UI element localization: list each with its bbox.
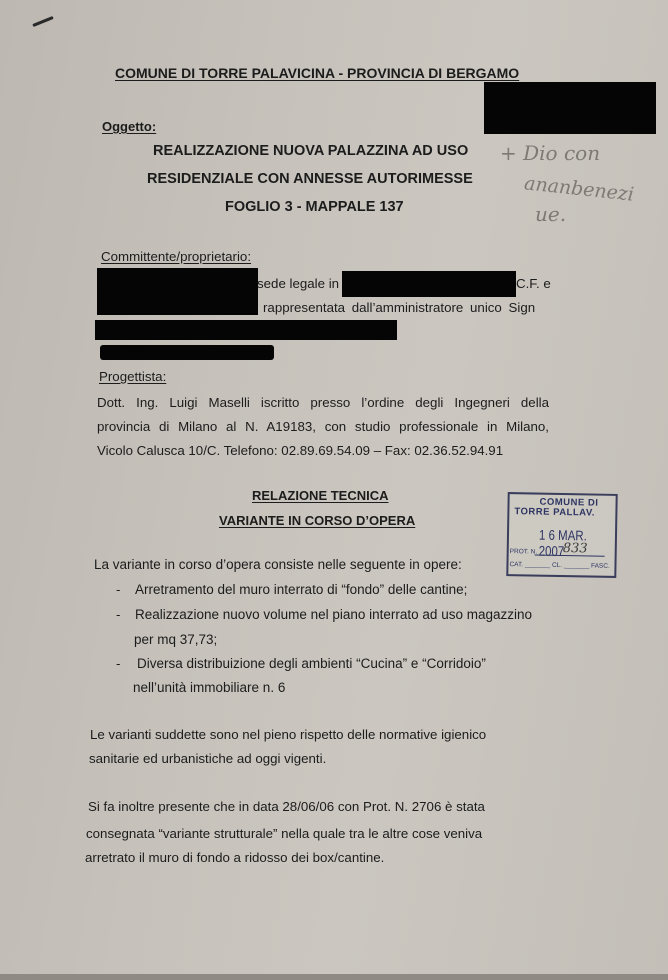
handwritten-note-line-1: + Dio con — [500, 141, 600, 165]
bullet-marker: - — [116, 582, 120, 597]
report-subtitle: VARIANTE IN CORSO D’OPERA — [219, 513, 415, 528]
oggetto-line-3: FOGLIO 3 - MAPPALE 137 — [225, 199, 404, 215]
document-header: COMUNE DI TORRE PALAVICINA - PROVINCIA D… — [115, 65, 519, 81]
paragraph-2-line-2: consegnata “variante strutturale” nella … — [86, 826, 482, 841]
progettista-label: Progettista: — [99, 369, 166, 384]
bullet-text: Arretramento del muro interrato di “fond… — [135, 582, 467, 597]
handwritten-note-line-3: ue. — [535, 202, 566, 226]
oggetto-line-2: RESIDENZIALE CON ANNESSE AUTORIMESSE — [147, 171, 473, 187]
committente-rappresentata: rappresentata dall’amministratore unico … — [263, 300, 535, 315]
progettista-line-3: Vicolo Calusca 10/C. Telefono: 02.89.69.… — [97, 443, 503, 458]
redaction-block — [95, 320, 397, 340]
oggetto-line-1: REALIZZAZIONE NUOVA PALAZZINA AD USO — [153, 143, 468, 159]
progettista-line-1: Dott. Ing. Luigi Maselli iscritto presso… — [97, 395, 549, 410]
redaction-block — [342, 271, 516, 297]
oggetto-label: Oggetto: — [102, 119, 156, 134]
intro-text: La variante in corso d’opera consiste ne… — [94, 557, 462, 572]
bullet-marker: - — [116, 607, 120, 622]
bullet-text-continued: nell’unità immobiliare n. 6 — [133, 680, 285, 695]
pen-mark — [32, 16, 54, 27]
bullet-marker: - — [116, 656, 120, 671]
paragraph-1-line-2: sanitarie ed urbanistiche ad oggi vigent… — [89, 751, 326, 766]
stamp-prot-number: 833 — [563, 541, 588, 556]
redaction-block — [97, 268, 258, 315]
paragraph-1-line-1: Le varianti suddette sono nel pieno risp… — [90, 727, 486, 742]
page-bottom-edge — [0, 974, 668, 980]
bullet-text: Diversa distribuizione degli ambienti “C… — [137, 656, 486, 671]
committente-label: Committente/proprietario: — [101, 249, 251, 264]
committente-sede: sede legale in — [257, 276, 339, 291]
paragraph-2-line-3: arretrato il muro di fondo a ridosso dei… — [85, 850, 384, 865]
bullet-text: Realizzazione nuovo volume nel piano int… — [135, 607, 532, 622]
redaction-block — [484, 82, 656, 134]
progettista-line-2: provincia di Milano al N. A19183, con st… — [97, 419, 549, 434]
committente-cf: C.F. e — [516, 276, 551, 291]
bullet-text-continued: per mq 37,73; — [134, 632, 217, 647]
stamp-cat-label: CAT. _______ CL. _______ FASC. — [509, 561, 611, 570]
protocol-stamp: COMUNE DI TORRE PALLAV. 1 6 MAR. 2007 PR… — [506, 492, 617, 578]
redaction-block — [100, 345, 274, 360]
stamp-line-2: TORRE PALLAV. — [514, 506, 595, 518]
handwritten-note-line-2: ananbenezi — [523, 172, 635, 205]
stamp-prot-label: PROT. N. — [510, 548, 538, 555]
report-title: RELAZIONE TECNICA — [252, 488, 389, 503]
paragraph-2-line-1: Si fa inoltre presente che in data 28/06… — [88, 799, 485, 814]
